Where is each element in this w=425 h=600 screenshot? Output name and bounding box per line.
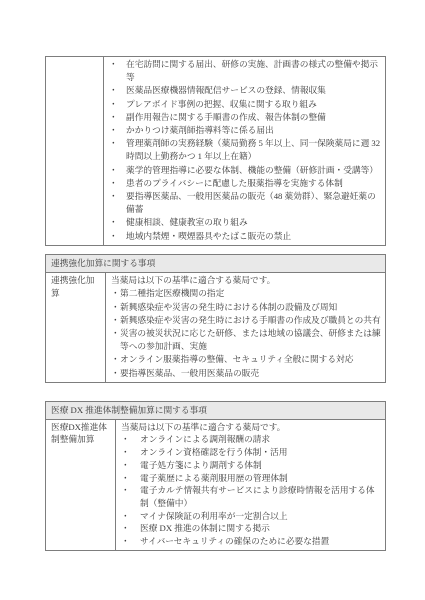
list-item: ・災害の被災状況に応じた研修、または地域の協議会、研修または練等への参加計画、実…	[111, 327, 382, 353]
item-text: 新興感染症や災害の発生時における手順書の作成及び職員との共有	[120, 314, 382, 327]
row-content-cell: ・在宅訪問に関する届出、研修の実施、計画書の様式の整備や掲示等・医薬品医療機器情…	[104, 57, 386, 246]
table-header-title: 連携強化加算に関する事項	[46, 255, 386, 273]
bullet-marker: ・	[111, 327, 120, 353]
bullet-marker: ・	[121, 459, 140, 472]
list-item: ・管理薬剤師の実務経験（薬局勤務 5 年以上、同一保険薬局に週 32 時間以上勤…	[109, 137, 382, 163]
bullet-marker: ・	[109, 111, 126, 124]
list-item: ・電子処方箋により調剤する体制	[121, 459, 382, 472]
table-header-row: 医療 DX 推進体制整備加算に関する事項	[46, 402, 386, 420]
bullet-marker: ・	[109, 216, 126, 229]
bullet-marker: ・	[109, 58, 126, 84]
table-row: 医療DX推進体制整備加算 当薬局は以下の基準に適合する薬局です。 ・オンラインに…	[46, 419, 386, 550]
list-item: ・薬学的管理指導に必要な体制、機能の整備（研修計画・受講等）	[109, 164, 382, 177]
item-text: オンライン資格確認を行う体制・活用	[140, 446, 382, 459]
list-item: ・サイバーセキュリティの確保のために必要な措置	[121, 535, 382, 548]
bullet-list: ・オンラインによる調剤報酬の請求・オンライン資格確認を行う体制・活用・電子処方箋…	[121, 433, 382, 547]
bullet-marker: ・	[109, 164, 126, 177]
table-iryo-dx-kasan: 医療 DX 推進体制整備加算に関する事項 医療DX推進体制整備加算 当薬局は以下…	[45, 401, 386, 551]
item-text: 災害の被災状況に応じた研修、または地域の協議会、研修または練等への参加計画、実施	[120, 327, 382, 353]
bullet-marker: ・	[111, 301, 120, 314]
item-text: かかりつけ薬剤師指導料等に係る届出	[126, 124, 382, 137]
list-item: ・要指導医薬品、一般用医薬品の販売	[111, 367, 382, 380]
item-text: 管理薬剤師の実務経験（薬局勤務 5 年以上、同一保険薬局に週 32 時間以上勤務…	[126, 137, 382, 163]
list-item: ・地域内禁煙・喫煙器具やたばこ販売の禁止	[109, 230, 382, 243]
list-item: ・オンラインによる調剤報酬の請求	[121, 433, 382, 446]
row-content-cell: 当薬局は以下の基準に適合する薬局です。 ・オンラインによる調剤報酬の請求・オンラ…	[116, 419, 386, 550]
row-label-cell: 医療DX推進体制整備加算	[46, 419, 116, 550]
item-text: 患者のプライバシーに配慮した服薬指導を実施する体制	[126, 177, 382, 190]
item-text: プレアボイド事例の把握、収集に関する取り組み	[126, 98, 382, 111]
row-content-cell: 当薬局は以下の基準に適合する薬局です。 ・第二種指定医療機関の指定・新興感染症や…	[106, 273, 386, 383]
table-renkei-kyoka-kasan: 連携強化加算に関する事項 連携強化加算 当薬局は以下の基準に適合する薬局です。 …	[45, 254, 386, 383]
item-text: 要指導医薬品、一般用医薬品の販売（48 薬効群）、緊急避妊薬の備蓄	[126, 190, 382, 216]
bullet-marker: ・	[121, 510, 140, 523]
list-item: ・患者のプライバシーに配慮した服薬指導を実施する体制	[109, 177, 382, 190]
list-item: ・新興感染症や災害の発生時における体制の設備及び周知	[111, 301, 382, 314]
intro-text: 当薬局は以下の基準に適合する薬局です。	[121, 421, 382, 434]
list-item: ・要指導医薬品、一般用医薬品の販売（48 薬効群）、緊急避妊薬の備蓄	[109, 190, 382, 216]
bullet-marker: ・	[109, 190, 126, 216]
row-label-cell: 連携強化加算	[46, 273, 106, 383]
item-text: 第二種指定医療機関の指定	[120, 287, 382, 300]
item-text: サイバーセキュリティの確保のために必要な措置	[140, 535, 382, 548]
list-item: ・健康相談、健康教室の取り組み	[109, 216, 382, 229]
document-page: ・在宅訪問に関する届出、研修の実施、計画書の様式の整備や掲示等・医薬品医療機器情…	[0, 0, 425, 600]
item-text: 地域内禁煙・喫煙器具やたばこ販売の禁止	[126, 230, 382, 243]
row-label-cell-empty	[46, 57, 104, 246]
item-text: 医療 DX 推進の体制に関する掲示	[140, 522, 382, 535]
bullet-marker: ・	[109, 124, 126, 137]
list-item: ・医療 DX 推進の体制に関する掲示	[121, 522, 382, 535]
list-item: ・かかりつけ薬剤師指導料等に係る届出	[109, 124, 382, 137]
bullet-marker: ・	[111, 353, 120, 366]
bullet-marker: ・	[109, 98, 126, 111]
list-item: ・医薬品医療機器情報配信サービスの登録、情報収集	[109, 84, 382, 97]
item-text: 電子薬歴による薬剤服用歴の管理体制	[140, 472, 382, 485]
list-item: ・在宅訪問に関する届出、研修の実施、計画書の様式の整備や掲示等	[109, 58, 382, 84]
item-text: 新興感染症や災害の発生時における体制の設備及び周知	[120, 301, 382, 314]
table-row: 連携強化加算 当薬局は以下の基準に適合する薬局です。 ・第二種指定医療機関の指定…	[46, 273, 386, 383]
list-item: ・電子薬歴による薬剤服用歴の管理体制	[121, 472, 382, 485]
item-text: 薬学的管理指導に必要な体制、機能の整備（研修計画・受講等）	[126, 164, 382, 177]
bullet-list: ・在宅訪問に関する届出、研修の実施、計画書の様式の整備や掲示等・医薬品医療機器情…	[109, 58, 382, 243]
bullet-marker: ・	[109, 84, 126, 97]
list-item: ・オンライン資格確認を行う体制・活用	[121, 446, 382, 459]
item-text: 電子カルテ情報共有サービスにより診療時情報を活用する体制（整備中）	[140, 484, 382, 509]
item-text: オンライン服薬指導の整備、セキュリティ全般に関する対応	[120, 353, 382, 366]
item-text: 健康相談、健康教室の取り組み	[126, 216, 382, 229]
bullet-marker: ・	[121, 535, 140, 548]
list-item: ・新興感染症や災害の発生時における手順書の作成及び職員との共有	[111, 314, 382, 327]
bullet-marker: ・	[111, 367, 120, 380]
bullet-marker: ・	[121, 433, 140, 446]
bullet-marker: ・	[109, 137, 126, 163]
table-pharmacy-systems-continued: ・在宅訪問に関する届出、研修の実施、計画書の様式の整備や掲示等・医薬品医療機器情…	[45, 56, 386, 246]
bullet-marker: ・	[111, 314, 120, 327]
list-item: ・オンライン服薬指導の整備、セキュリティ全般に関する対応	[111, 353, 382, 366]
item-text: 要指導医薬品、一般用医薬品の販売	[120, 367, 382, 380]
list-item: ・電子カルテ情報共有サービスにより診療時情報を活用する体制（整備中）	[121, 484, 382, 509]
bullet-marker: ・	[121, 446, 140, 459]
item-text: 副作用報告に関する手順書の作成、報告体制の整備	[126, 111, 382, 124]
bullet-marker: ・	[121, 484, 140, 509]
list-item: ・マイナ保険証の利用率が一定割合以上	[121, 510, 382, 523]
bullet-marker: ・	[109, 230, 126, 243]
bullet-marker: ・	[121, 472, 140, 485]
item-text: 在宅訪問に関する届出、研修の実施、計画書の様式の整備や掲示等	[126, 58, 382, 84]
list-item: ・プレアボイド事例の把握、収集に関する取り組み	[109, 98, 382, 111]
intro-text: 当薬局は以下の基準に適合する薬局です。	[111, 274, 382, 287]
table-header-title: 医療 DX 推進体制整備加算に関する事項	[46, 402, 386, 420]
bullet-marker: ・	[109, 177, 126, 190]
item-text: オンラインによる調剤報酬の請求	[140, 433, 382, 446]
table-header-row: 連携強化加算に関する事項	[46, 255, 386, 273]
table-row: ・在宅訪問に関する届出、研修の実施、計画書の様式の整備や掲示等・医薬品医療機器情…	[46, 57, 386, 246]
item-text: マイナ保険証の利用率が一定割合以上	[140, 510, 382, 523]
list-item: ・副作用報告に関する手順書の作成、報告体制の整備	[109, 111, 382, 124]
bullet-marker: ・	[121, 522, 140, 535]
item-text: 電子処方箋により調剤する体制	[140, 459, 382, 472]
list-item: ・第二種指定医療機関の指定	[111, 287, 382, 300]
item-text: 医薬品医療機器情報配信サービスの登録、情報収集	[126, 84, 382, 97]
bullet-marker: ・	[111, 287, 120, 300]
bullet-list: ・第二種指定医療機関の指定・新興感染症や災害の発生時における体制の設備及び周知・…	[111, 287, 382, 379]
